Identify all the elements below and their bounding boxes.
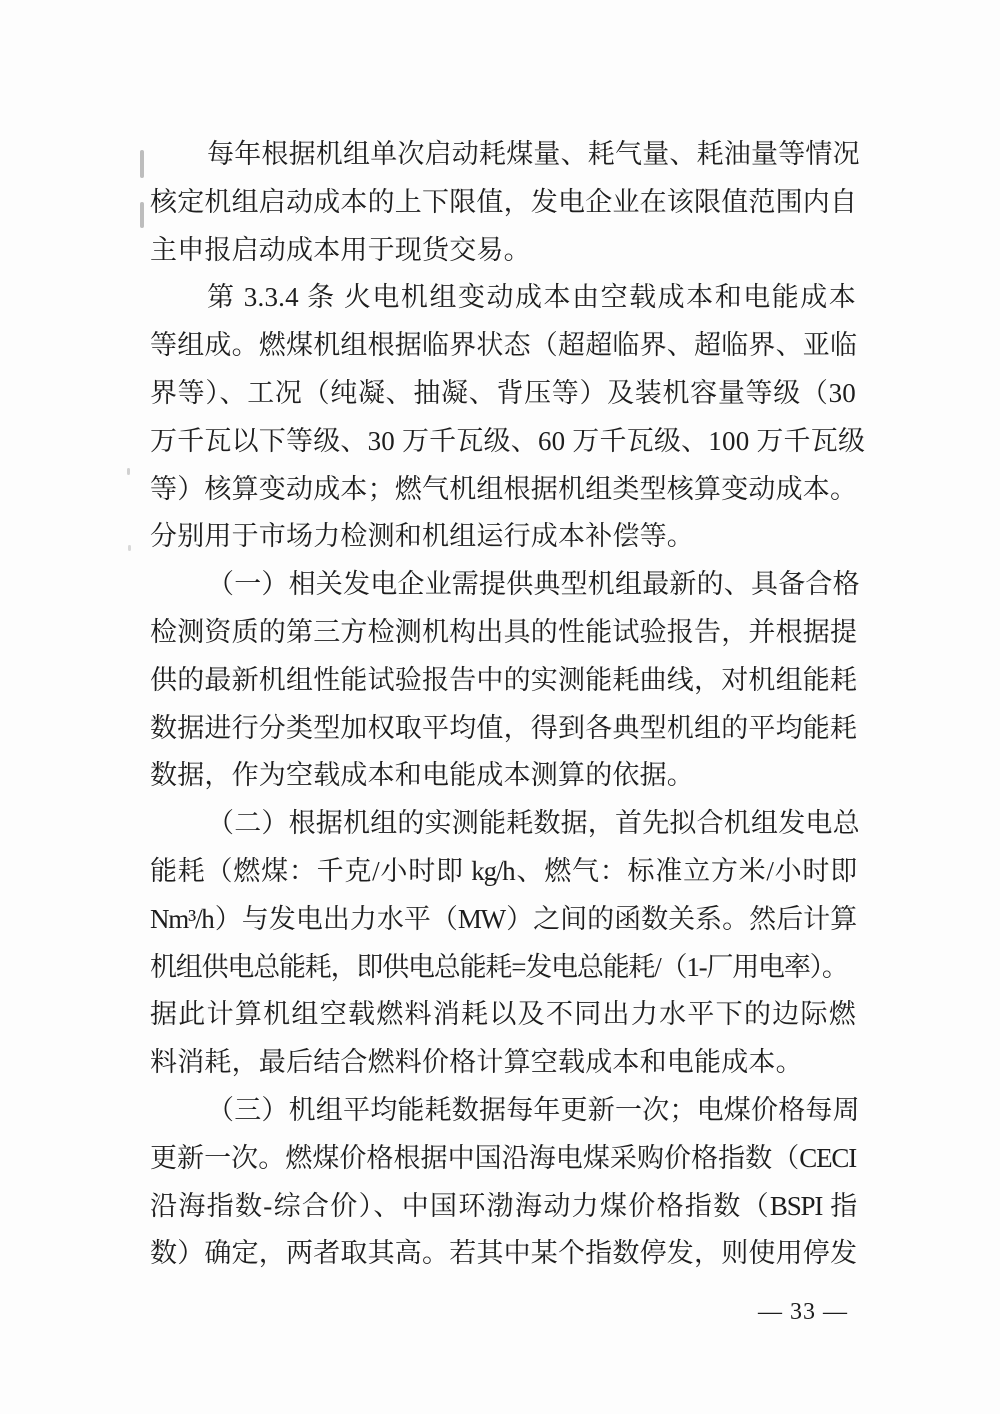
text-line: 能耗（燃煤：千克/小时即 kg/h、燃气：标准立方米/小时即 [150, 848, 856, 896]
document-body: 每年根据机组单次启动耗煤量、耗气量、耗油量等情况核定机组启动成本的上下限值，发电… [150, 131, 856, 1278]
text-line: 据此计算机组空载燃料消耗以及不同出力水平下的边际燃 [150, 991, 856, 1039]
text-line: （一）相关发电企业需提供典型机组最新的、具备合格 [150, 561, 856, 609]
text-line: 数据，作为空载成本和电能成本测算的依据。 [150, 752, 856, 800]
page-number: — 33 — [758, 1297, 848, 1327]
document-page: 每年根据机组单次启动耗煤量、耗气量、耗油量等情况核定机组启动成本的上下限值，发电… [0, 0, 1000, 1414]
text-line: 料消耗，最后结合燃料价格计算空载成本和电能成本。 [150, 1039, 856, 1087]
text-line: 界等）、工况（纯凝、抽凝、背压等）及装机容量等级（30 [150, 370, 856, 418]
text-line: 沿海指数-综合价）、中国环渤海动力煤价格指数（BSPI 指 [150, 1183, 856, 1231]
scan-noise [140, 202, 144, 228]
text-line: 等）核算变动成本；燃气机组根据机组类型核算变动成本。 [150, 466, 856, 514]
text-line: 核定机组启动成本的上下限值，发电企业在该限值范围内自 [150, 179, 856, 227]
text-line: Nm³/h）与发电出力水平（MW）之间的函数关系。然后计算 [150, 896, 856, 944]
text-line: 等组成。燃煤机组根据临界状态（超超临界、超临界、亚临 [150, 322, 856, 370]
text-line: 供的最新机组性能试验报告中的实测能耗曲线，对机组能耗 [150, 657, 856, 705]
text-line: 万千瓦以下等级、30 万千瓦级、60 万千瓦级、100 万千瓦级 [150, 418, 856, 466]
scan-noise [127, 468, 130, 475]
text-line: 第 3.3.4 条 火电机组变动成本由空载成本和电能成本 [150, 274, 856, 322]
text-line: 机组供电总能耗，即供电总能耗=发电总能耗/（1-厂用电率）。 [150, 944, 856, 992]
text-line: 每年根据机组单次启动耗煤量、耗气量、耗油量等情况 [150, 131, 856, 179]
scan-noise [128, 545, 131, 551]
text-line: 分别用于市场力检测和机组运行成本补偿等。 [150, 513, 856, 561]
text-line: 更新一次。燃煤价格根据中国沿海电煤采购价格指数（CECI [150, 1135, 856, 1183]
text-line: （二）根据机组的实测能耗数据，首先拟合机组发电总 [150, 800, 856, 848]
text-line: 主申报启动成本用于现货交易。 [150, 227, 856, 275]
text-line: 数）确定，两者取其高。若其中某个指数停发，则使用停发 [150, 1230, 856, 1278]
text-line: 检测资质的第三方检测机构出具的性能试验报告，并根据提 [150, 609, 856, 657]
scan-noise [140, 150, 144, 178]
text-line: （三）机组平均能耗数据每年更新一次；电煤价格每周 [150, 1087, 856, 1135]
text-line: 数据进行分类型加权取平均值，得到各典型机组的平均能耗 [150, 705, 856, 753]
